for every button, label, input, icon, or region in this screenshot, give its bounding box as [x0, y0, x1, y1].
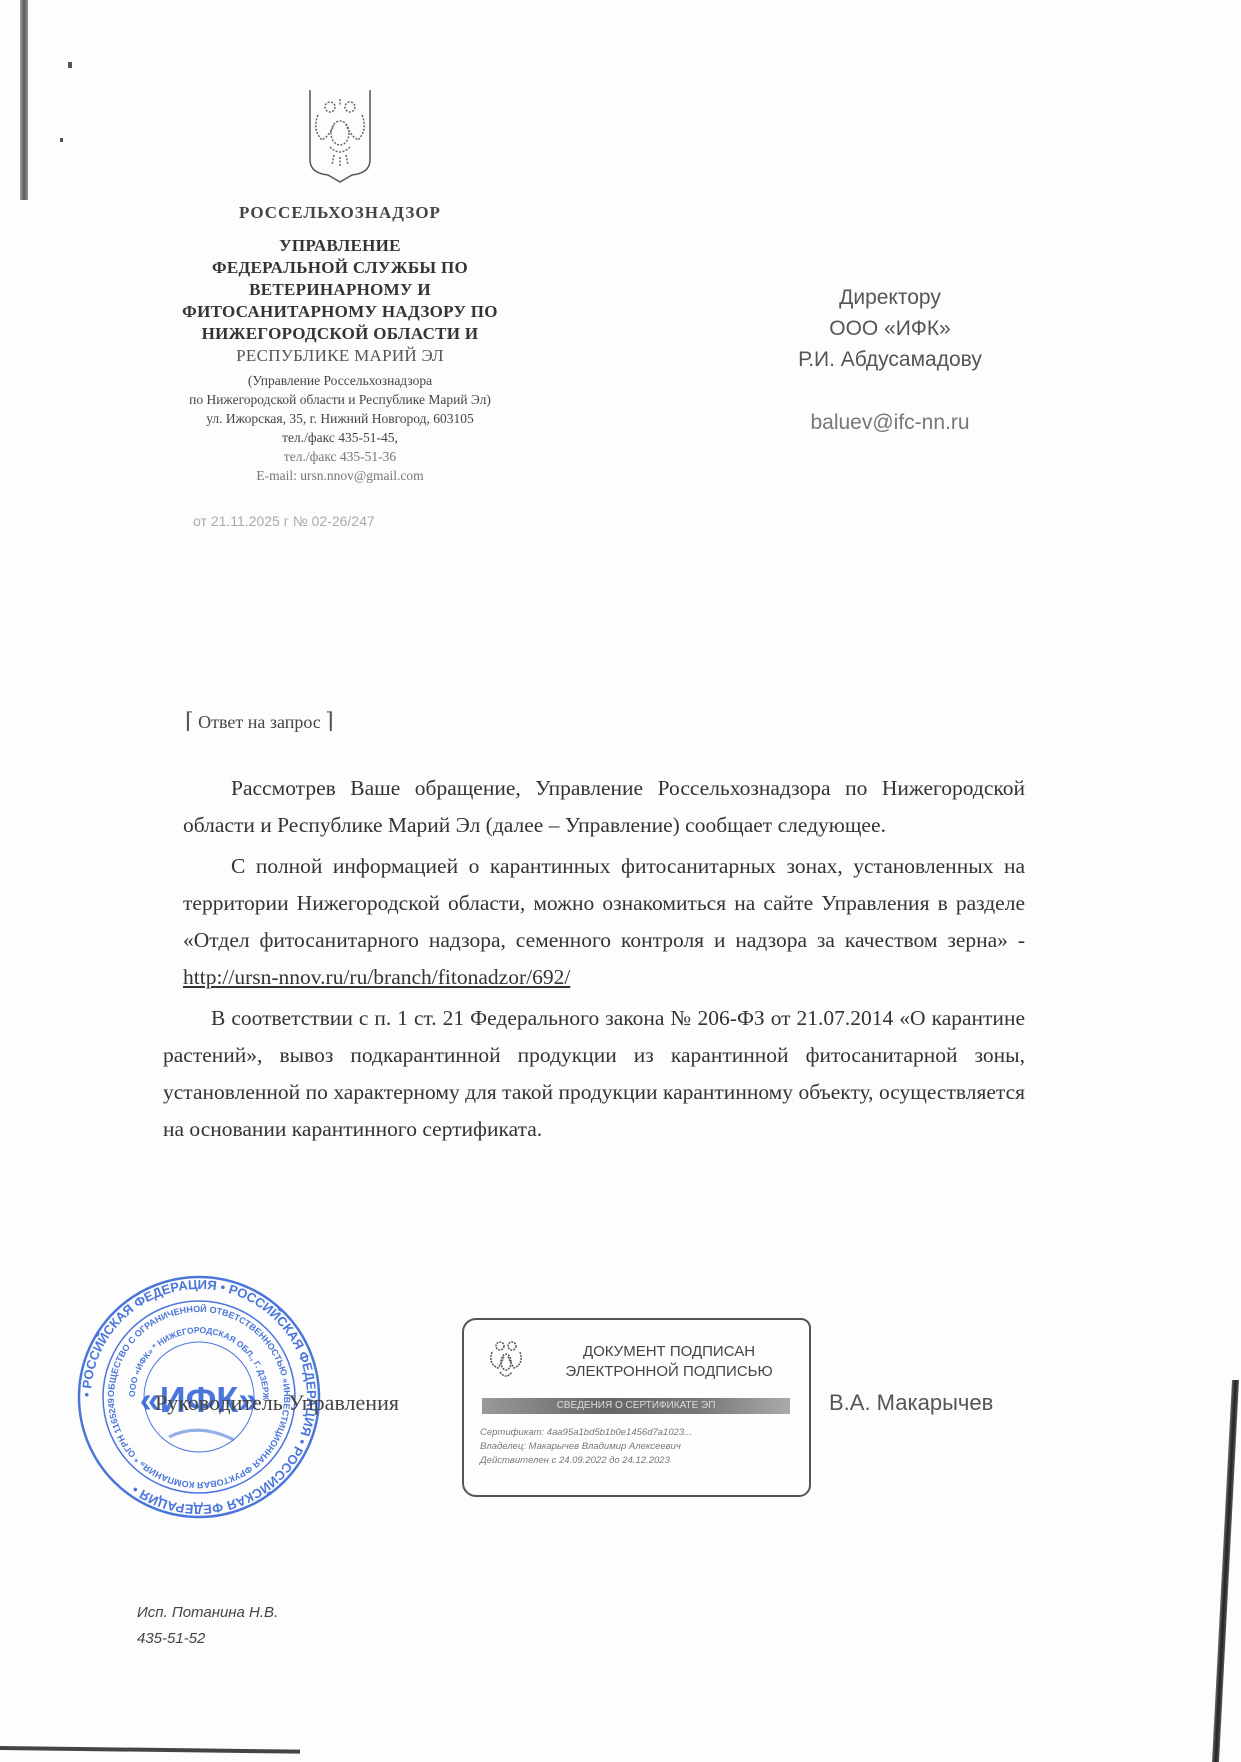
website-link[interactable]: http://ursn-nnov.ru/ru/branch/fitonadzor… — [183, 965, 570, 989]
subject-line: ⌈ Ответ на запрос ⌉ — [185, 708, 334, 734]
email: E-mail: ursn.nnov@gmail.com — [130, 466, 550, 485]
recipient-name: Р.И. Абдусамадову — [760, 344, 1020, 375]
executor-phone: 435-51-52 — [137, 1626, 278, 1652]
bracket-open: ⌈ — [185, 708, 194, 733]
scan-edge-artifact — [1212, 1380, 1239, 1762]
paragraph: С полной информацией о карантинных фитос… — [183, 848, 1025, 996]
certificate-id: Сертификат: 4aa95a1bd5b1b0e1456d7a1023..… — [480, 1426, 800, 1440]
esign-title: ДОКУМЕНТ ПОДПИСАН ЭЛЕКТРОННОЙ ПОДПИСЬЮ — [549, 1342, 789, 1382]
address: ул. Ижорская, 35, г. Нижний Новгород, 60… — [130, 409, 550, 428]
electronic-signature-stamp: ДОКУМЕНТ ПОДПИСАН ЭЛЕКТРОННОЙ ПОДПИСЬЮ С… — [462, 1318, 811, 1497]
scan-speck — [60, 138, 63, 142]
recipient-title: Директору — [760, 282, 1020, 313]
certificate-validity: Действителен с 24.09.2022 до 24.12.2023 — [480, 1454, 800, 1468]
scan-speck — [68, 62, 72, 68]
scan-edge-artifact — [20, 0, 28, 200]
signatory-role: Руководитель Управления — [155, 1390, 399, 1416]
coat-of-arms-icon — [290, 85, 390, 185]
phone: тел./факс 435-51-36 — [130, 447, 550, 466]
paragraph: Рассмотрев Ваше обращение, Управление Ро… — [183, 770, 1025, 844]
department-contacts: (Управление Россельхознадзора по Нижегор… — [130, 371, 550, 485]
scan-edge-artifact — [0, 1746, 300, 1754]
signatory-name: В.А. Макарычев — [829, 1390, 993, 1416]
agency-name: РОССЕЛЬХОЗНАДЗОР — [130, 203, 550, 223]
certificate-owner: Владелец: Макарычев Владимир Алексеевич — [480, 1440, 800, 1454]
department-name: УПРАВЛЕНИЕ ФЕДЕРАЛЬНОЙ СЛУЖБЫ ПО ВЕТЕРИН… — [130, 235, 550, 367]
phone: тел./факс 435-51-45, — [130, 428, 550, 447]
esign-certificate-bar: СВЕДЕНИЯ О СЕРТИФИКАТЕ ЭП — [482, 1398, 790, 1414]
recipient-org: ООО «ИФК» — [760, 313, 1020, 344]
document-reference: от 21.11.2025 г № 02-26/247 — [130, 513, 550, 529]
recipient-email: baluev@ifc-nn.ru — [760, 407, 1020, 438]
recipient-block: Директору ООО «ИФК» Р.И. Абдусамадову ba… — [760, 282, 1020, 438]
paragraph: В соответствии с п. 1 ст. 21 Федеральног… — [163, 1000, 1025, 1148]
esign-details: Сертификат: 4aa95a1bd5b1b0e1456d7a1023..… — [480, 1426, 800, 1468]
bracket-close: ⌉ — [325, 708, 334, 733]
letterhead: РОССЕЛЬХОЗНАДЗОР УПРАВЛЕНИЕ ФЕДЕРАЛЬНОЙ … — [130, 85, 550, 529]
subject-text: Ответ на запрос — [198, 712, 321, 732]
coat-of-arms-icon — [486, 1338, 526, 1382]
executor-info: Исп. Потанина Н.В. 435-51-52 — [137, 1600, 278, 1652]
letter-body: Рассмотрев Ваше обращение, Управление Ро… — [183, 770, 1025, 1148]
executor-name: Исп. Потанина Н.В. — [137, 1600, 278, 1626]
